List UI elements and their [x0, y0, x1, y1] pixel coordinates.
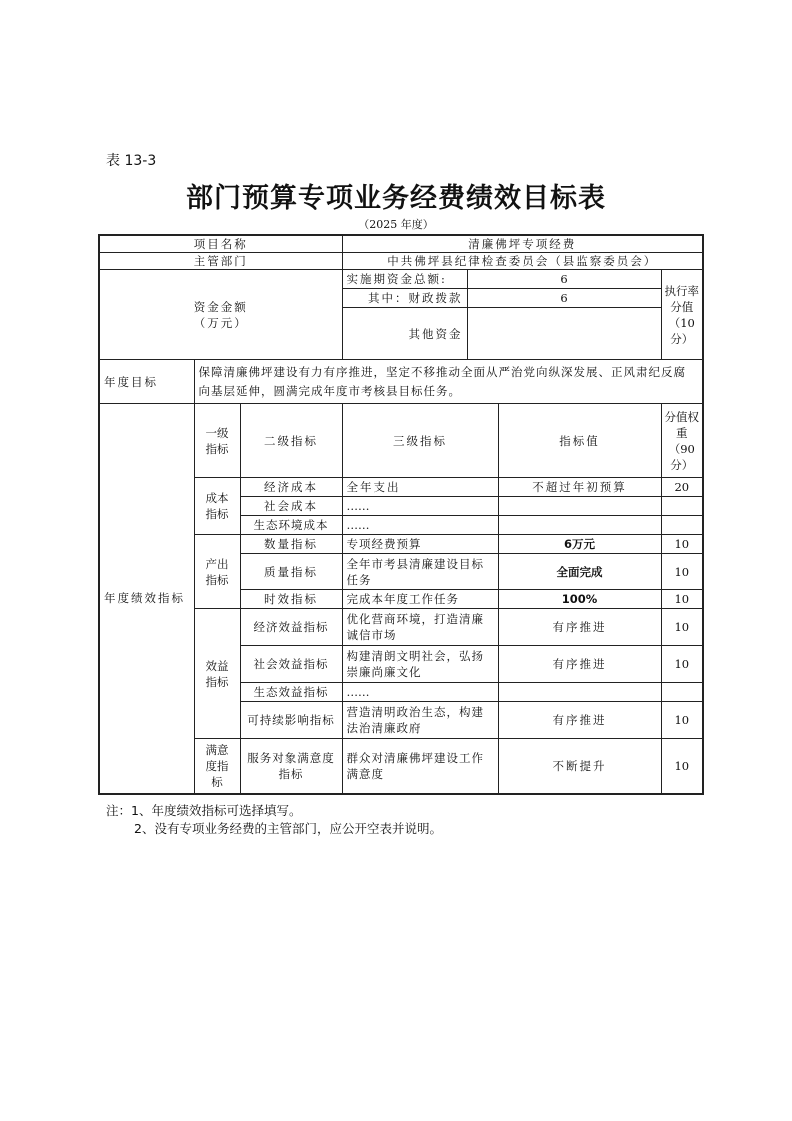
- weight-cell: 10: [661, 554, 703, 590]
- weight-cell: 20: [661, 478, 703, 497]
- level2-cell: 经济效益指标: [240, 609, 342, 646]
- funds-fiscal-label: 其中：财政拨款: [342, 289, 467, 308]
- level2-cell: 社会成本: [240, 497, 342, 516]
- value-cell: 全面完成: [498, 554, 661, 590]
- value-cell: 100%: [498, 590, 661, 609]
- funds-label: 资金金额 （万元）: [99, 270, 342, 360]
- note-1: 注：1、年度绩效指标可选择填写。: [106, 802, 442, 820]
- project-name-label: 项目名称: [99, 235, 342, 253]
- level3-cell: ……: [342, 497, 498, 516]
- header-level1: 一级指标: [194, 404, 240, 478]
- level3-cell: ……: [342, 516, 498, 535]
- value-cell: 有序推进: [498, 646, 661, 683]
- level3-cell: 全年支出: [342, 478, 498, 497]
- level2-cell: 数量指标: [240, 535, 342, 554]
- funds-total-row: 资金金额 （万元） 实施期资金总额: 6 执行率分值（10分）: [99, 270, 703, 289]
- annual-goal-row: 年度目标 保障清廉佛坪建设有力有序推进，坚定不移推动全面从严治党向纵深发展、正风…: [99, 360, 703, 404]
- header-value: 指标值: [498, 404, 661, 478]
- group-output: 产出指标: [194, 535, 240, 609]
- department-label: 主管部门: [99, 253, 342, 270]
- level2-cell: 可持续影响指标: [240, 702, 342, 739]
- value-cell: 不断提升: [498, 739, 661, 794]
- weight-cell: 10: [661, 646, 703, 683]
- weight-cell: 10: [661, 702, 703, 739]
- weight-cell: 10: [661, 609, 703, 646]
- level3-cell: 营造清明政治生态，构建法治清廉政府: [342, 702, 498, 739]
- fiscal-year: （2025 年度）: [0, 216, 792, 232]
- performance-table: 项目名称 清廉佛坪专项经费 主管部门 中共佛坪县纪律检查委员会（县监察委员会） …: [98, 234, 704, 795]
- level2-cell: 经济成本: [240, 478, 342, 497]
- level2-cell: 社会效益指标: [240, 646, 342, 683]
- funds-label-line2: （万元）: [104, 315, 338, 331]
- level2-cell: 生态效益指标: [240, 683, 342, 702]
- value-cell: 6万元: [498, 535, 661, 554]
- level3-cell: 群众对清廉佛坪建设工作满意度: [342, 739, 498, 794]
- level2-cell: 服务对象满意度指标: [240, 739, 342, 794]
- weight-cell: 10: [661, 739, 703, 794]
- value-cell: 不超过年初预算: [498, 478, 661, 497]
- value-cell: 有序推进: [498, 609, 661, 646]
- level3-cell: 专项经费预算: [342, 535, 498, 554]
- funds-total-value: 6: [467, 270, 661, 289]
- funds-other-label: 其他资金: [342, 308, 467, 360]
- funds-total-label: 实施期资金总额:: [342, 270, 467, 289]
- project-name-row: 项目名称 清廉佛坪专项经费: [99, 235, 703, 253]
- value-cell: 有序推进: [498, 702, 661, 739]
- note-2: 2、没有专项业务经费的主管部门，应公开空表并说明。: [106, 820, 442, 838]
- level3-cell: 构建清朗文明社会，弘扬崇廉尚廉文化: [342, 646, 498, 683]
- level2-cell: 生态环境成本: [240, 516, 342, 535]
- weight-cell: 10: [661, 590, 703, 609]
- group-cost: 成本指标: [194, 478, 240, 535]
- level2-cell: 时效指标: [240, 590, 342, 609]
- funds-label-line1: 资金金额: [104, 299, 338, 315]
- header-weight: 分值权重（90分）: [661, 404, 703, 478]
- group-benefit: 效益指标: [194, 609, 240, 739]
- department-value: 中共佛坪县纪律检查委员会（县监察委员会）: [342, 253, 703, 270]
- exec-score-label: 执行率分值（10分）: [661, 270, 703, 360]
- level3-cell: 全年市考县清廉建设目标任务: [342, 554, 498, 590]
- weight-cell: 10: [661, 535, 703, 554]
- footnotes: 注：1、年度绩效指标可选择填写。 2、没有专项业务经费的主管部门，应公开空表并说…: [106, 802, 442, 838]
- page-title: 部门预算专项业务经费绩效目标表: [0, 176, 792, 215]
- value-cell: [498, 683, 661, 702]
- annual-goal-text: 保障清廉佛坪建设有力有序推进，坚定不移推动全面从严治党向纵深发展、正风肃纪反腐向…: [194, 360, 703, 404]
- project-name-value: 清廉佛坪专项经费: [342, 235, 703, 253]
- level2-cell: 质量指标: [240, 554, 342, 590]
- weight-cell: [661, 497, 703, 516]
- indicator-header-row: 年度绩效指标 一级指标 二级指标 三级指标 指标值 分值权重（90分）: [99, 404, 703, 478]
- level3-cell: 完成本年度工作任务: [342, 590, 498, 609]
- level3-cell: ……: [342, 683, 498, 702]
- level3-cell: 优化营商环境，打造清廉诚信市场: [342, 609, 498, 646]
- value-cell: [498, 497, 661, 516]
- weight-cell: [661, 683, 703, 702]
- header-level2: 二级指标: [240, 404, 342, 478]
- weight-cell: [661, 516, 703, 535]
- indicators-section-label: 年度绩效指标: [99, 404, 194, 794]
- value-cell: [498, 516, 661, 535]
- funds-fiscal-value: 6: [467, 289, 661, 308]
- header-level3: 三级指标: [342, 404, 498, 478]
- table-number: 表 13-3: [106, 150, 156, 170]
- funds-other-value: [467, 308, 661, 360]
- department-row: 主管部门 中共佛坪县纪律检查委员会（县监察委员会）: [99, 253, 703, 270]
- group-satisfaction: 满意度指标: [194, 739, 240, 794]
- annual-goal-label: 年度目标: [99, 360, 194, 404]
